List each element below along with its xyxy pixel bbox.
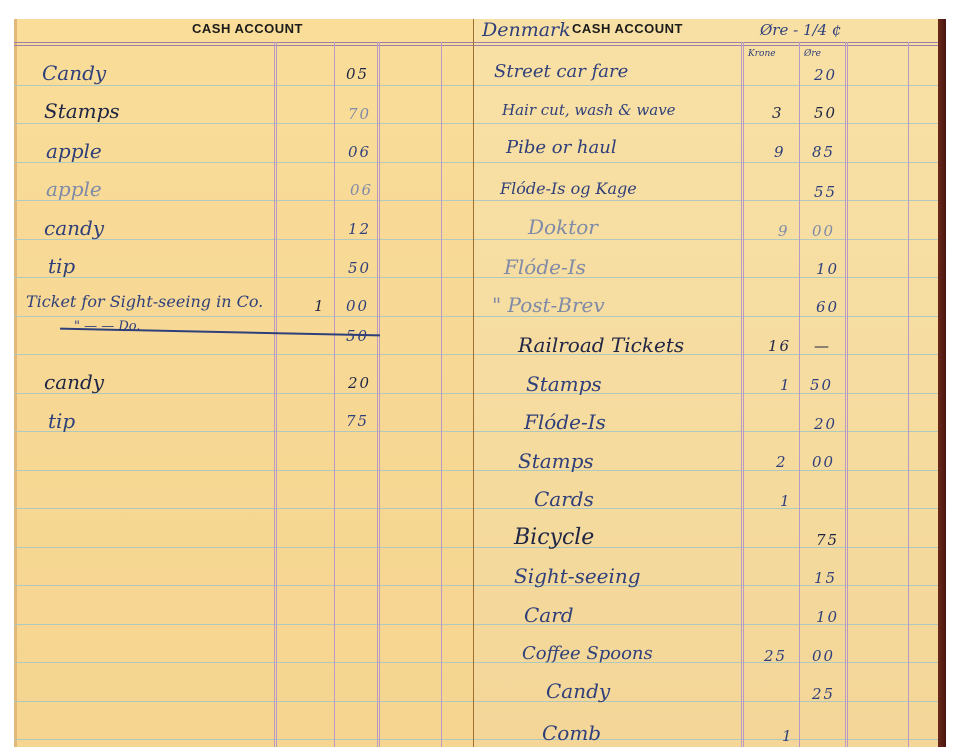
entry-description: tip (48, 254, 75, 278)
ruled-line (14, 354, 474, 355)
column-line (741, 42, 742, 747)
header-rule (14, 45, 474, 46)
column-header-krone: Krone (748, 49, 776, 59)
entry-cents: 10 (816, 260, 839, 278)
entry-description: candy (44, 370, 104, 394)
ruled-line (474, 123, 946, 124)
ruled-line (14, 277, 474, 278)
entry-cents: 00 (812, 453, 835, 471)
ruled-line (14, 701, 474, 702)
entry-description: Railroad Tickets (518, 333, 684, 357)
entry-dollars: 1 (780, 492, 792, 510)
entry-description: Candy (546, 679, 610, 703)
entry-dollars: 9 (778, 222, 790, 240)
entry-cents: 06 (348, 143, 371, 161)
entry-description: Ticket for Sight-seeing in Co. (26, 292, 263, 311)
ruled-line (14, 85, 474, 86)
entry-cents: 20 (814, 66, 837, 84)
entry-cents: 60 (816, 298, 839, 316)
entry-cents: 12 (348, 220, 371, 238)
entry-cents: 05 (346, 65, 369, 83)
column-line (908, 42, 909, 747)
column-line (274, 42, 275, 747)
entry-cents: 06 (350, 181, 373, 199)
entry-description: apple (46, 177, 102, 201)
entry-description: Candy (42, 61, 106, 85)
entry-dollars: 1 (314, 297, 326, 315)
entry-description: Bicycle (514, 525, 594, 550)
entry-cents: 20 (348, 374, 371, 392)
currency-annotation: Øre - 1/4 ¢ (760, 21, 841, 39)
entry-description: Flóde-Is (524, 410, 606, 434)
ruled-line (14, 547, 474, 548)
entry-description: tip (48, 409, 75, 433)
header-rule (14, 42, 474, 43)
entry-dollars: 2 (776, 453, 788, 471)
ruled-line (14, 123, 474, 124)
entry-dollars: 9 (774, 143, 786, 161)
entry-cents: 00 (812, 647, 835, 665)
entry-description: Stamps (526, 372, 602, 396)
ruled-line (14, 470, 474, 471)
entry-description: candy (44, 216, 104, 240)
entry-description: Hair cut, wash & wave (502, 101, 676, 119)
ruled-line (474, 239, 946, 240)
ledger-book: CASH ACCOUNT Candy 05 (14, 19, 953, 747)
entry-cents: 50 (814, 104, 837, 122)
ruled-line (14, 508, 474, 509)
column-line (799, 42, 800, 747)
entry-cents: 15 (814, 569, 837, 587)
entry-dollars: 3 (772, 104, 784, 122)
entry-description: Street car fare (494, 61, 628, 82)
column-header-ore: Øre (804, 49, 821, 59)
entry-description: Card (524, 603, 574, 627)
column-line (334, 42, 335, 747)
entry-cents: 20 (814, 415, 837, 433)
entry-cents: 75 (346, 412, 369, 430)
entry-cents: 70 (348, 105, 371, 123)
column-line (377, 42, 378, 747)
ruled-line (14, 431, 474, 432)
entry-dollars: 16 (768, 337, 791, 355)
ruled-line (14, 739, 474, 740)
entry-cents: 50 (810, 376, 833, 394)
entry-cents: — (814, 337, 831, 355)
entry-cents: 25 (812, 685, 835, 703)
page-edge (14, 19, 17, 747)
ruled-line (14, 624, 474, 625)
ruled-line (14, 585, 474, 586)
entry-description: Stamps (44, 99, 120, 123)
country-annotation: Denmark (482, 19, 571, 41)
entry-description: Stamps (518, 449, 594, 473)
entry-description: Flóde-Is og Kage (500, 179, 637, 198)
entry-cents: 00 (346, 297, 369, 315)
entry-dollars: 1 (782, 727, 794, 745)
entry-description: Comb (542, 721, 601, 745)
entry-description: Coffee Spoons (522, 643, 653, 664)
entry-description: " Post-Brev (492, 293, 605, 317)
column-line (847, 42, 848, 747)
entry-dollars: 1 (780, 376, 792, 394)
ruled-line (474, 701, 946, 702)
entry-description: Cards (534, 487, 594, 511)
header-rule (474, 45, 946, 46)
entry-cents: 75 (816, 531, 839, 549)
entry-dollars: 25 (764, 647, 787, 665)
entry-cents: 10 (816, 608, 839, 626)
column-line (276, 42, 277, 747)
entry-description: Doktor (528, 215, 598, 239)
column-line (379, 42, 380, 747)
entry-cents: 50 (348, 259, 371, 277)
entry-description: Pibe or haul (506, 137, 617, 158)
ruled-line (474, 85, 946, 86)
column-line (743, 42, 744, 747)
right-page: Denmark CASH ACCOUNT Øre - 1/4 ¢ Krone Ø… (474, 19, 946, 747)
entry-description: Sight-seeing (514, 564, 641, 588)
entry-description: apple (46, 139, 102, 163)
entry-cents: 00 (812, 222, 835, 240)
column-line (845, 42, 846, 747)
ruled-line (474, 200, 946, 201)
column-line (441, 42, 442, 747)
ruled-line (14, 662, 474, 663)
left-page-header: CASH ACCOUNT (192, 21, 303, 36)
entry-cents: 55 (814, 183, 837, 201)
entry-description: " — — Do. (74, 319, 141, 334)
header-rule (474, 42, 946, 43)
ruled-line (474, 162, 946, 163)
book-cover-edge (938, 19, 946, 747)
entry-description: Flóde-Is (504, 255, 586, 279)
entry-cents: 85 (812, 143, 835, 161)
right-page-header: CASH ACCOUNT (572, 21, 683, 36)
ruled-line (14, 316, 474, 317)
left-page: CASH ACCOUNT Candy 05 (14, 19, 474, 747)
